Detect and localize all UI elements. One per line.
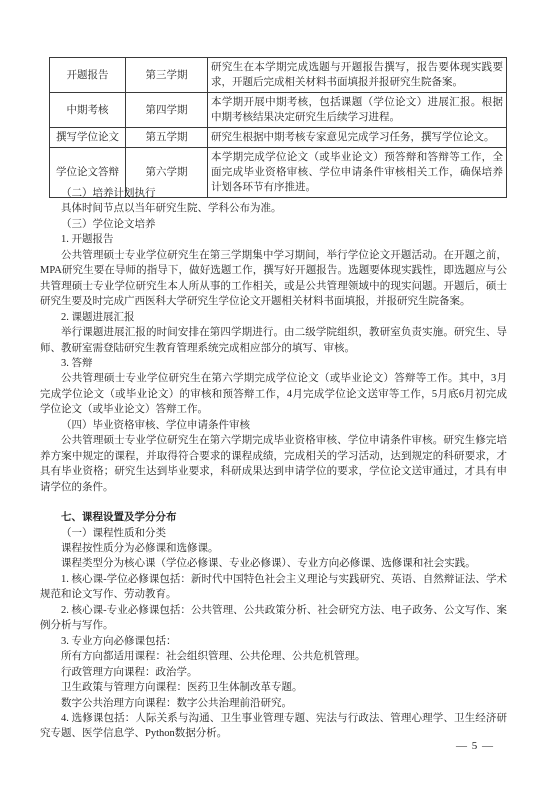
paragraph: 举行课题进展汇报的时间安排在第四学期进行。由二级学院组织，教研室负责实施。研究生… xyxy=(40,325,507,356)
subsection-heading: （一）课程性质和分类 xyxy=(40,526,507,541)
semester-cell: 第四学期 xyxy=(126,93,208,128)
subsection-heading: （二）培养计划执行 xyxy=(40,186,507,201)
list-item-heading: 2. 课题进展汇报 xyxy=(40,310,507,325)
semester-cell: 第五学期 xyxy=(126,128,208,148)
paragraph: 公共管理硕士专业学位研究生在第三学期集中学习期间，举行学位论文开题活动。在开题之… xyxy=(40,248,507,310)
section-heading: 七、课程设置及学分分布 xyxy=(40,510,507,525)
description-cell: 研究生根据中期考核专家意见完成学习任务，撰写学位论文。 xyxy=(208,128,507,148)
paragraph: 公共管理硕士专业学位研究生在第六学期完成毕业资格审核、学位申请条件审核。研究生修… xyxy=(40,433,507,495)
list-item-heading: 1. 开题报告 xyxy=(40,232,507,247)
paragraph: 课程类型分为核心课（学位必修课、专业必修课）、专业方向必修课、选修课和社会实践。 xyxy=(40,556,507,571)
subsection-heading: （四）毕业资格审核、学位申请条件审核 xyxy=(40,418,507,433)
document-body: （二）培养计划执行 具体时间节点以当年研究生院、学科公布为准。 （三）学位论文培… xyxy=(40,186,507,742)
paragraph: 所有方向都适用课程：社会组织管理、公共伦理、公共危机管理。 xyxy=(40,649,507,664)
document-page: 开题报告 第三学期 研究生在本学期完成选题与开题报告撰写，报告要体现实践要求，开… xyxy=(0,0,551,794)
table-row: 撰写学位论文 第五学期 研究生根据中期考核专家意见完成学习任务，撰写学位论文。 xyxy=(50,128,507,148)
paragraph: 公共管理硕士专业学位研究生在第六学期完成学位论文（或毕业论文）答辩等工作。其中，… xyxy=(40,371,507,417)
semester-cell: 第三学期 xyxy=(126,58,208,93)
paragraph: 课程按性质分为必修课和选修课。 xyxy=(40,541,507,556)
list-item-heading: 3. 答辩 xyxy=(40,356,507,371)
list-item-heading: 3. 专业方向必修课包括： xyxy=(40,634,507,649)
description-cell: 本学期开展中期考核，包括课题（学位论文）进展汇报。根据中期考核结果决定研究生后续… xyxy=(208,93,507,128)
paragraph: 具体时间节点以当年研究生院、学科公布为准。 xyxy=(40,201,507,216)
table-row: 开题报告 第三学期 研究生在本学期完成选题与开题报告撰写，报告要体现实践要求，开… xyxy=(50,58,507,93)
paragraph: 卫生政策与管理方向课程：医药卫生体制改革专题。 xyxy=(40,680,507,695)
stage-cell: 开题报告 xyxy=(50,58,126,93)
subsection-heading: （三）学位论文培养 xyxy=(40,217,507,232)
paragraph: 2. 核心课-专业必修课包括：公共管理、公共政策分析、社会研究方法、电子政务、公… xyxy=(40,603,507,634)
description-cell: 研究生在本学期完成选题与开题报告撰写，报告要体现实践要求，开题后完成相关材料书面… xyxy=(208,58,507,93)
training-schedule-table: 开题报告 第三学期 研究生在本学期完成选题与开题报告撰写，报告要体现实践要求，开… xyxy=(49,57,507,198)
stage-cell: 撰写学位论文 xyxy=(50,128,126,148)
paragraph: 行政管理方向课程：政治学。 xyxy=(40,665,507,680)
paragraph: 数字公共治理方向课程：数字公共治理前沿研究。 xyxy=(40,696,507,711)
table-row: 中期考核 第四学期 本学期开展中期考核，包括课题（学位论文）进展汇报。根据中期考… xyxy=(50,93,507,128)
page-number: — 5 — xyxy=(456,740,494,752)
paragraph: 1. 核心课-学位必修课包括：新时代中国特色社会主义理论与实践研究、英语、自然辩… xyxy=(40,572,507,603)
stage-cell: 中期考核 xyxy=(50,93,126,128)
paragraph: 4. 选修课包括：人际关系与沟通、卫生事业管理专题、宪法与行政法、管理心理学、卫… xyxy=(40,711,507,742)
